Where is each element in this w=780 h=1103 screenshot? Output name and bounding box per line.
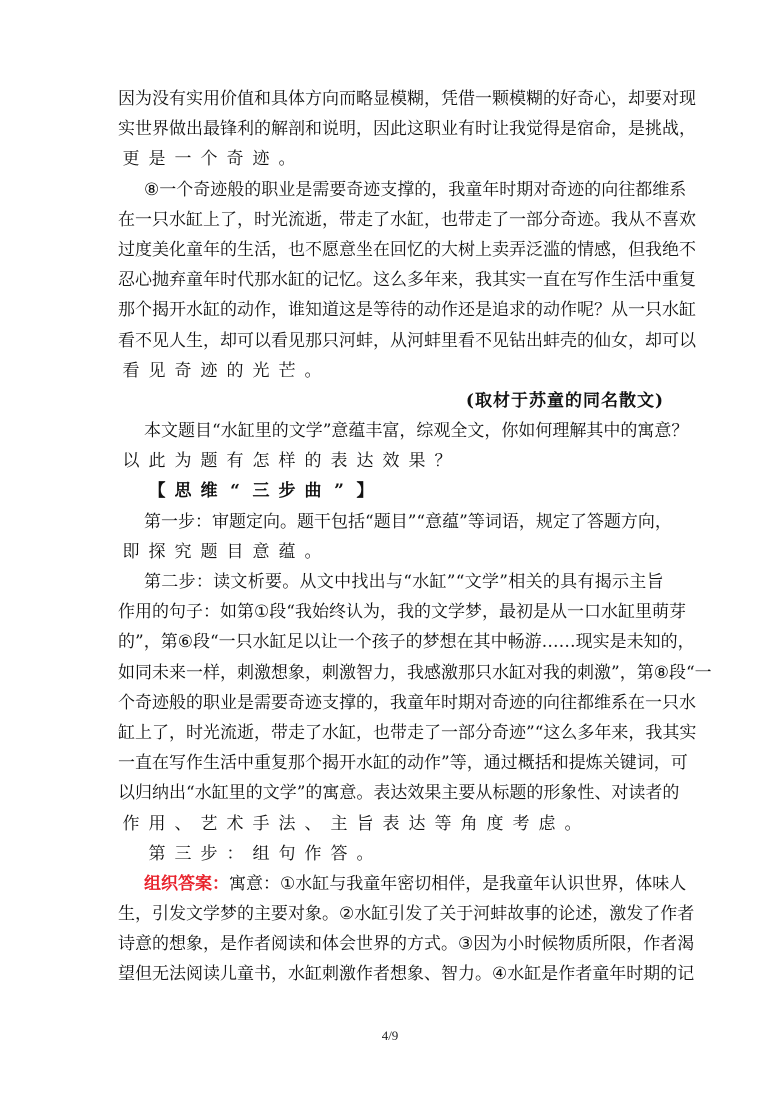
answer-body: 生，引发文学梦的主要对象。②水缸引发了关于河蚌故事的论述，激发了作者诗意的想象，… (118, 899, 664, 990)
text-line: ⑧一个奇迹般的职业是需要奇迹支撑的，我童年时期对奇迹的向往都维系 (118, 175, 664, 205)
text-line: 过度美化童年的生活，也不愿意坐在回忆的大树上卖弄泛滥的情感，但我绝不 (118, 235, 664, 265)
answer-line: 生，引发文学梦的主要对象。②水缸引发了关于河蚌故事的论述，激发了作者 (118, 899, 664, 929)
question-line: 以此为题有怎样的表达效果？ (118, 446, 664, 476)
step-line: 如同未来一样，刺激想象，刺激智力，我感激那只水缸对我的刺激”，第⑧段“一 (118, 658, 664, 688)
essay-excerpt: 因为没有实用价值和具体方向而略显模糊，凭借一颗模糊的好奇心，却要对现实世界做出最… (118, 84, 664, 386)
step-line: 缸上了，时光流逝，带走了水缸，也带走了一部分奇迹”“这么多年来，我其实 (118, 718, 664, 748)
answer-line: 望但无法阅读儿童书，水缸刺激作者想象、智力。④水缸是作者童年时期的记 (118, 959, 664, 989)
answer-first-line: 组织答案：寓意：①水缸与我童年密切相伴，是我童年认识世界，体味人 (118, 869, 664, 899)
answer-line: 诗意的想象，是作者阅读和体会世界的方式。③因为小时候物质所限，作者渴 (118, 929, 664, 959)
step-line: 以归纳出“水缸里的文学”的寓意。表达效果主要从标题的形象性、对读者的 (118, 778, 664, 808)
text-line: 忍心抛弃童年时代那水缸的记忆。这么多年来，我其实一直在写作生活中重复 (118, 265, 664, 295)
source-note: (取材于苏童的同名散文) (118, 386, 664, 416)
step-line: 第二步：读文析要。从文中找出与“水缸”“文学”相关的具有揭示主旨 (118, 567, 664, 597)
step-line: 即探究题目意蕴。 (118, 537, 664, 567)
text-line: 看不见人生，却可以看见那只河蚌，从河蚌里看不见钻出蚌壳的仙女，却可以 (118, 326, 664, 356)
document-page: 因为没有实用价值和具体方向而略显模糊，凭借一颗模糊的好奇心，却要对现实世界做出最… (118, 84, 664, 990)
page-number: 4/9 (0, 1028, 780, 1044)
step-line: 作用的句子：如第①段“我始终认为，我的文学梦，最初是从一口水缸里萌芽 (118, 597, 664, 627)
step-line: 个奇迹般的职业是需要奇迹支撑的，我童年时期对奇迹的向往都维系在一只水 (118, 688, 664, 718)
step-line: 一直在写作生活中重复那个揭开水缸的动作”等，通过概括和提炼关键词，可 (118, 748, 664, 778)
text-line: 看见奇迹的光芒。 (118, 356, 664, 386)
question: 本文题目“水缸里的文学”意蕴丰富，综观全文，你如何理解其中的寓意？以此为题有怎样… (118, 416, 664, 476)
source-note-text: (取材于苏童的同名散文) (466, 386, 664, 416)
method-heading: 【思维“三步曲”】 (118, 476, 664, 506)
step-line: 的”，第⑥段“一只水缸足以让一个孩子的梦想在其中畅游……现实是未知的， (118, 627, 664, 657)
text-line: 在一只水缸上了，时光流逝，带走了水缸，也带走了一部分奇迹。我从不喜欢 (118, 205, 664, 235)
step-line: 作用、艺术手法、主旨表达等角度考虑。 (118, 809, 664, 839)
steps: 第一步：审题定向。题干包括“题目”“意蕴”等词语，规定了答题方向，即探究题目意蕴… (118, 507, 664, 869)
text-line: 实世界做出最锋利的解剖和说明，因此这职业有时让我觉得是宿命，是挑战， (118, 114, 664, 144)
step-line: 第三步：组句作答。 (118, 839, 664, 869)
step-line: 第一步：审题定向。题干包括“题目”“意蕴”等词语，规定了答题方向， (118, 507, 664, 537)
text-line: 因为没有实用价值和具体方向而略显模糊，凭借一颗模糊的好奇心，却要对现 (118, 84, 664, 114)
question-line: 本文题目“水缸里的文学”意蕴丰富，综观全文，你如何理解其中的寓意？ (118, 416, 664, 446)
text-line: 那个揭开水缸的动作，谁知道这是等待的动作还是追求的动作呢？从一只水缸 (118, 295, 664, 325)
text-line: 更是一个奇迹。 (118, 144, 664, 174)
